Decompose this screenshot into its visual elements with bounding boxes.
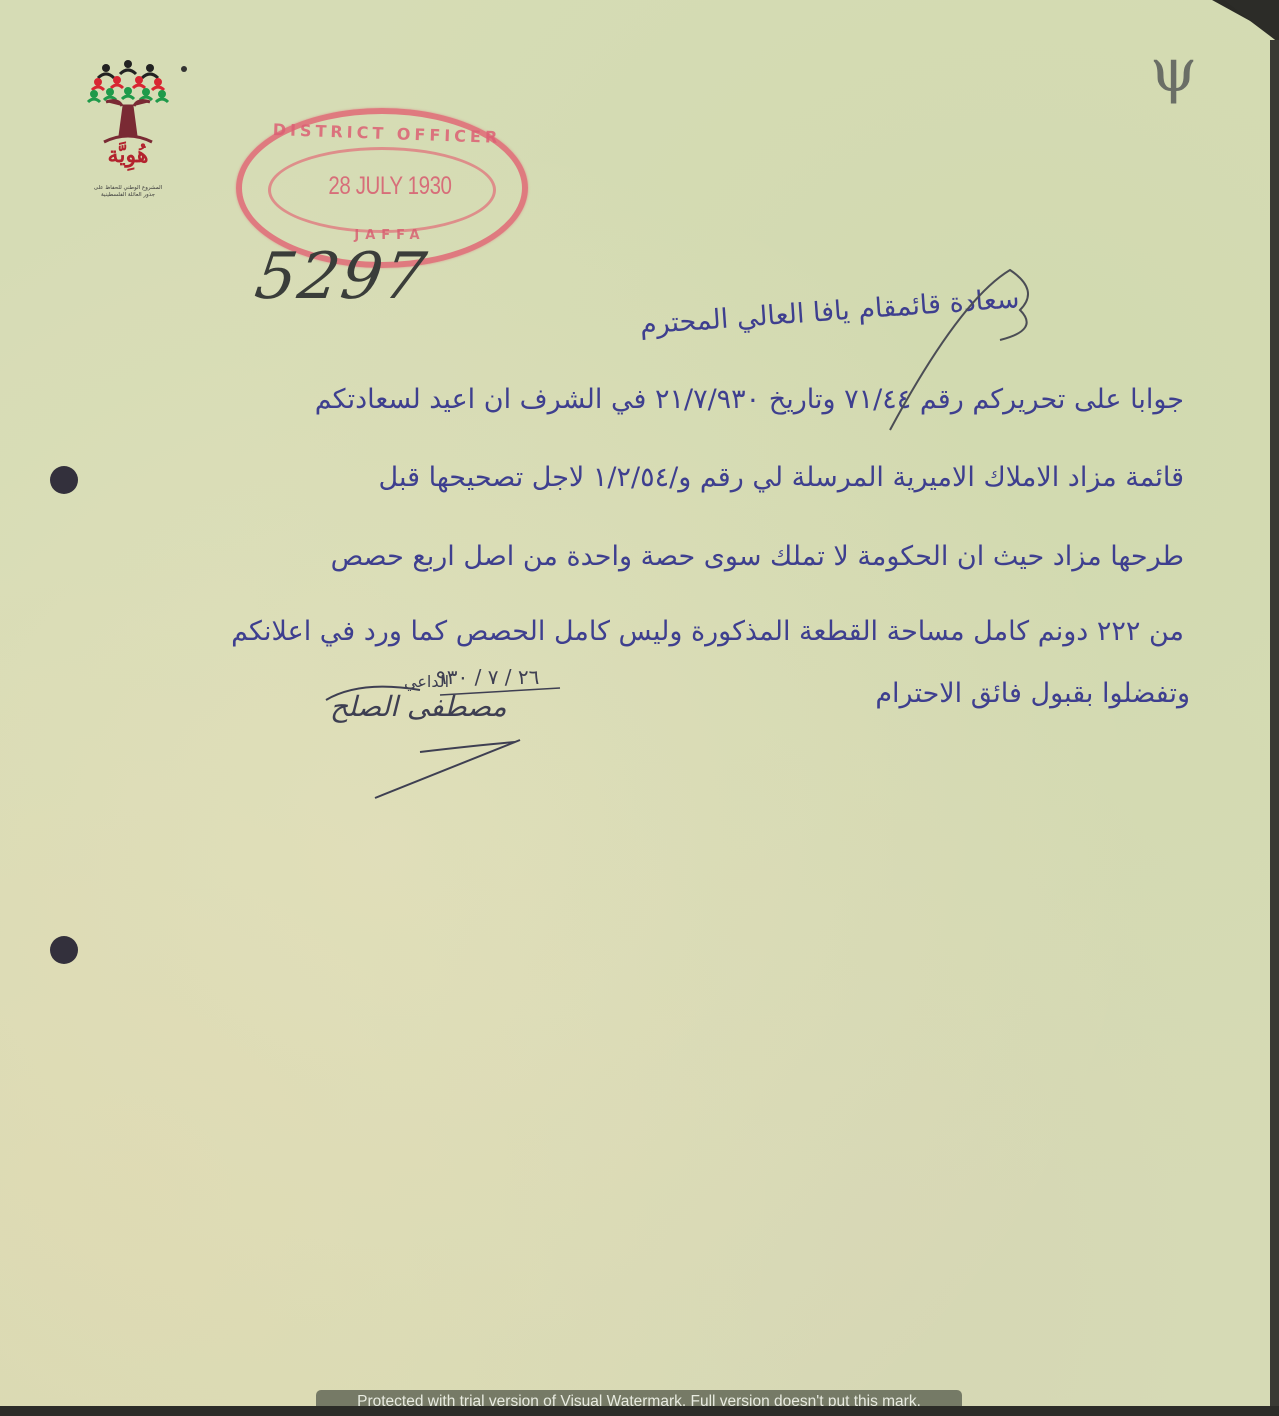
letter-line: قائمة مزاد الاملاك الاميرية المرسلة لي ر…	[44, 462, 1184, 493]
letter-date: ٢٦ / ٧ / ٩٣٠	[436, 665, 539, 689]
ink-speck	[181, 66, 187, 72]
punch-hole	[50, 936, 78, 964]
signature: مصطفى الصلح	[330, 690, 507, 723]
letter-closing: وتفضلوا بقبول فائق الاحترام	[520, 678, 1190, 709]
family-tree-icon	[84, 58, 172, 148]
letter-line: من ٢٢٢ دونم كامل مساحة القطعة المذكورة و…	[60, 616, 1184, 647]
signature-label: الداعي	[404, 672, 449, 691]
letter-line: جوابا على تحريركم رقم ٧١/٤٤ وتاريخ ٢١/٧/…	[44, 384, 1184, 415]
reference-number: 5297	[251, 240, 432, 314]
logo-caption: المشروع الوطني للحفاظ على جذور العائلة ا…	[82, 185, 174, 199]
scan-edge	[1270, 40, 1279, 1416]
scan-bottom-edge	[0, 1406, 1279, 1416]
letter-line: طرحها مزاد حيث ان الحكومة لا تملك سوى حص…	[60, 541, 1184, 572]
stamp-date: 28 JULY 1930	[316, 172, 464, 201]
logo-wordmark: هُوِيَّة	[100, 142, 156, 168]
punch-hole	[50, 466, 78, 494]
page-mark: ψ	[1150, 36, 1197, 106]
